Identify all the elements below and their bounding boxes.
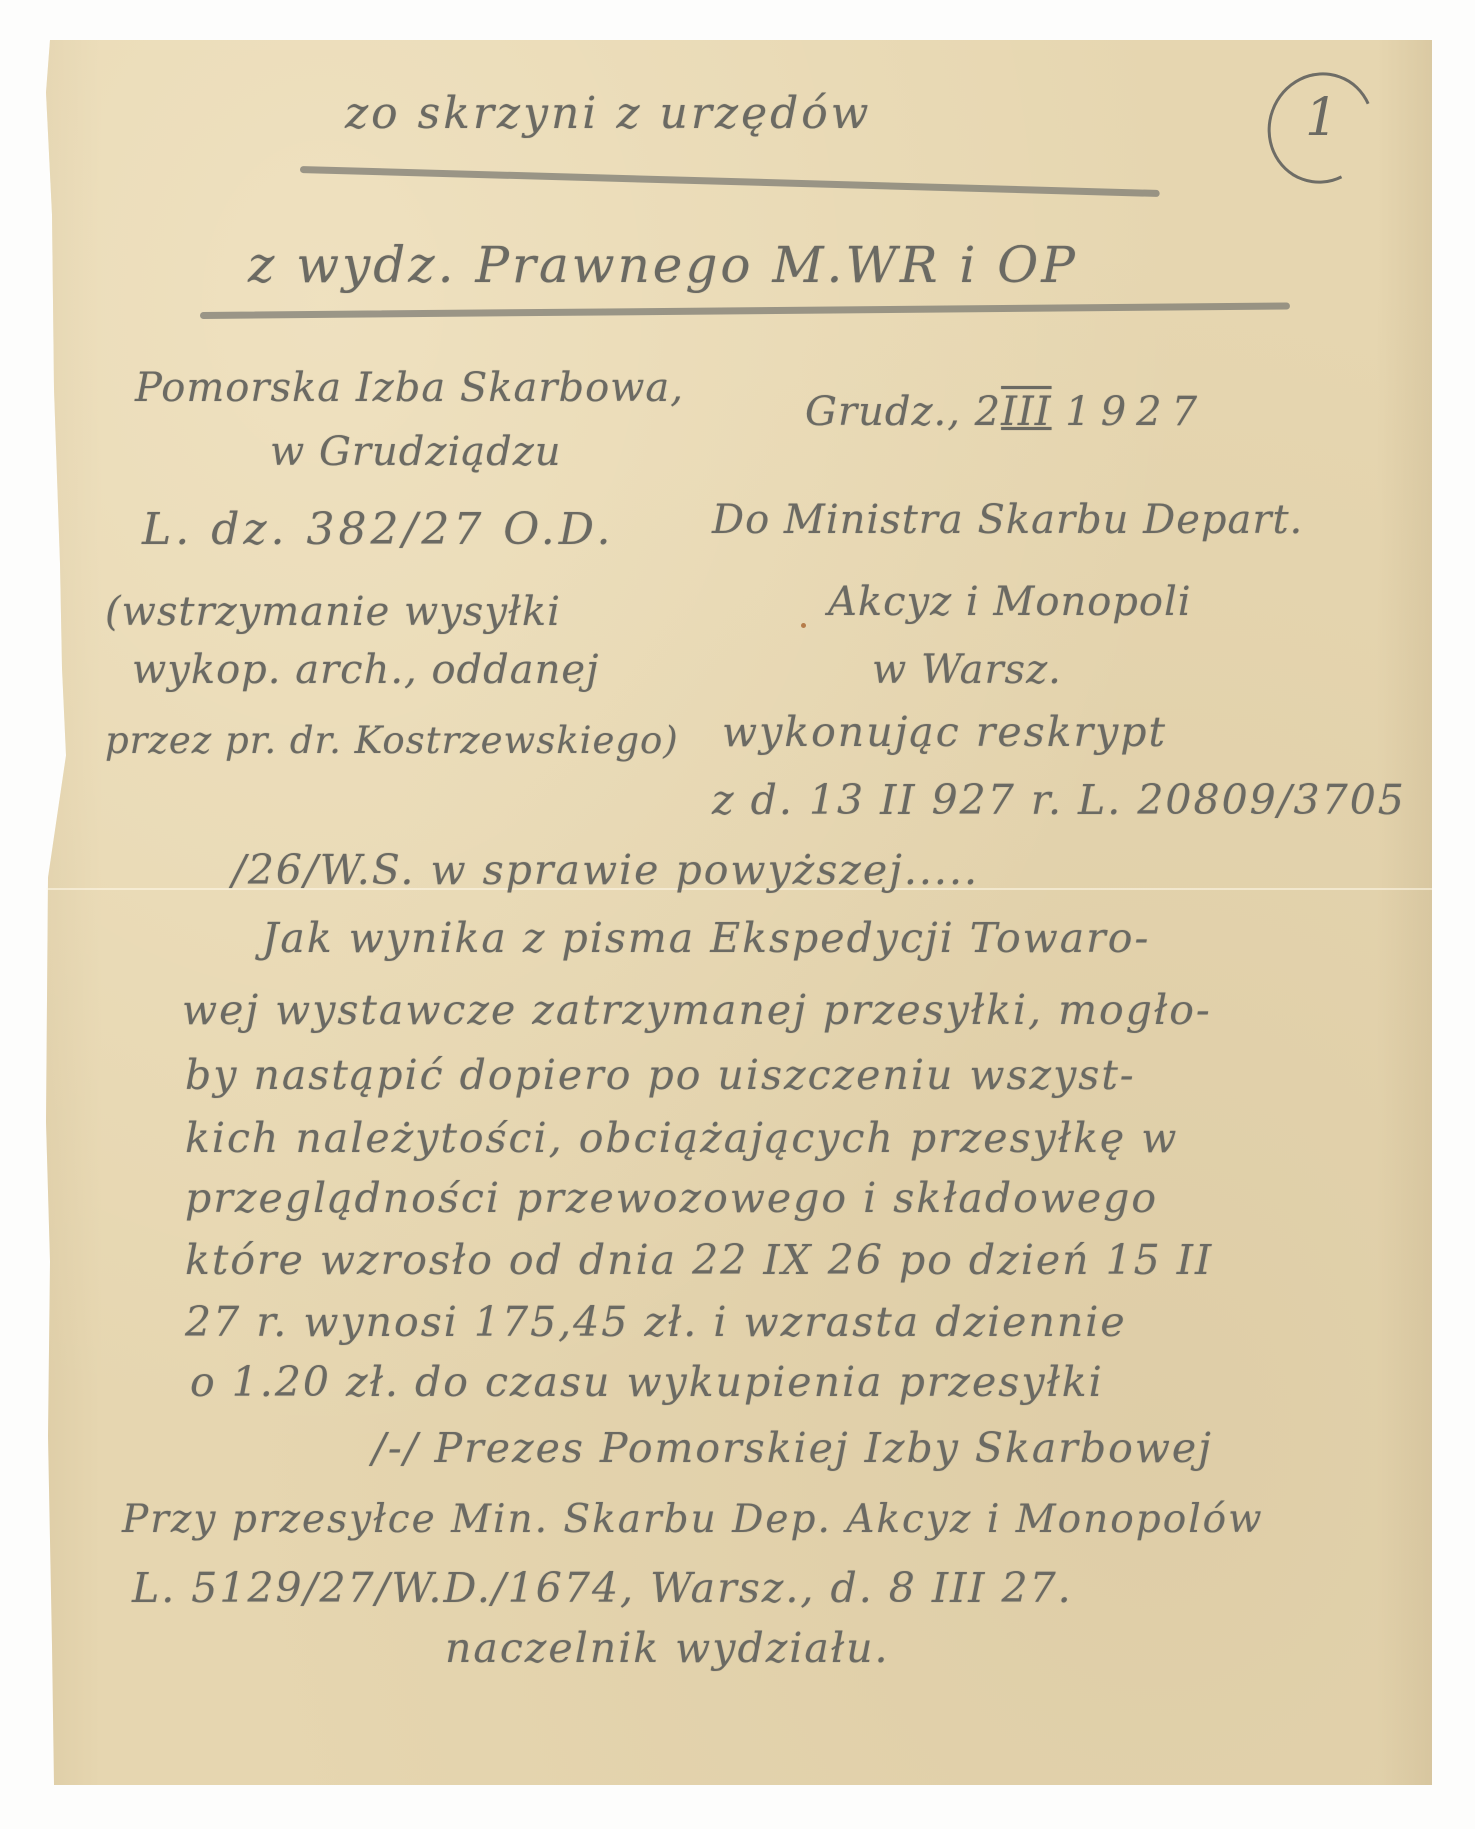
sender-city: w Grudziądzu bbox=[270, 432, 562, 472]
footer-line-1: Przy przesyłce Min. Skarbu Dep. Akcyz i … bbox=[122, 1500, 1264, 1539]
body-line-4: Jak wynika z pisma Ekspedycji Towaro- bbox=[262, 918, 1150, 959]
body-line-3: /26/W.S. w sprawie powyższej..... bbox=[232, 850, 979, 891]
heading-line-1: zo skrzyni z urzędów bbox=[345, 92, 871, 136]
footer-line-2: L. 5129/27/W.D./1674, Warsz., d. 8 III 2… bbox=[132, 1568, 1073, 1609]
date-place: Grudz., bbox=[805, 389, 961, 435]
subject-line-3: przez pr. dr. Kostrzewskiego) bbox=[105, 722, 679, 759]
subject-line-2: wykop. arch., oddanej bbox=[132, 650, 599, 690]
body-line-1: wykonując reskrypt bbox=[722, 712, 1167, 753]
footer-line-3: naczelnik wydziału. bbox=[445, 1628, 890, 1669]
date-year: 1927 bbox=[1065, 389, 1207, 435]
recipient-line-2: Akcyz i Monopoli bbox=[828, 582, 1192, 622]
body-line-6: by nastąpić dopiero po uiszczeniu wszyst… bbox=[185, 1055, 1136, 1096]
body-line-11: o 1.20 zł. do czasu wykupienia przesyłki bbox=[190, 1362, 1104, 1403]
date-line: Grudz., 2III 1927 bbox=[805, 392, 1207, 432]
sender-office: Pomorska Izba Skarbowa, bbox=[135, 368, 684, 408]
body-line-10: 27 r. wynosi 175,45 zł. i wzrasta dzienn… bbox=[185, 1302, 1127, 1343]
recipient-line-3: w Warsz. bbox=[872, 650, 1062, 690]
heading-line-2: z wydz. Prawnego M.WR i OP bbox=[248, 240, 1078, 290]
reference-number: L. dz. 382/27 O.D. bbox=[142, 508, 614, 552]
body-line-5: wej wystawcze zatrzymanej przesyłki, mog… bbox=[182, 990, 1212, 1031]
date-day: 2 bbox=[975, 389, 1001, 435]
body-line-2: z d. 13 II 927 r. L. 20809/3705 bbox=[712, 780, 1406, 821]
subject-line-1: (wstrzymanie wysyłki bbox=[105, 592, 561, 632]
rust-stain bbox=[801, 623, 806, 628]
recipient-line-1: Do Ministra Skarbu Depart. bbox=[712, 500, 1303, 540]
body-line-8: przeglądności przewozowego i składowego bbox=[185, 1178, 1158, 1219]
page-number: 1 bbox=[1305, 88, 1338, 148]
signature: /-/ Prezes Pomorskiej Izby Skarbowej bbox=[372, 1428, 1213, 1469]
date-month: III bbox=[1001, 389, 1051, 435]
body-line-9: które wzrosło od dnia 22 IX 26 po dzień … bbox=[185, 1240, 1213, 1281]
body-line-7: kich należytości, obciążających przesyłk… bbox=[185, 1118, 1178, 1159]
